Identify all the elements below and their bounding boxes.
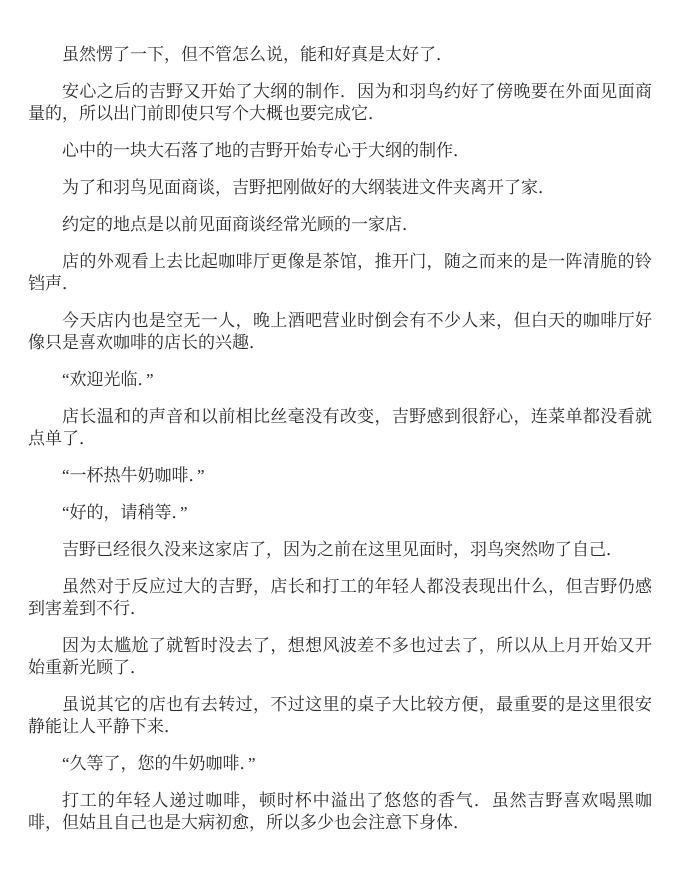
paragraph: 店长温和的声音和以前相比丝毫没有改变，吉野感到很舒心，连菜单都没看就点单了． [28,406,652,450]
paragraph: “久等了，您的牛奶咖啡．” [28,753,652,775]
paragraph: 今天店内也是空无一人，晚上酒吧营业时倒会有不少人来，但白天的咖啡厅好像只是喜欢咖… [28,310,652,354]
paragraph: 吉野已经很久没来这家店了，因为之前在这里见面时，羽鸟突然吻了自己． [28,539,652,561]
paragraph: 虽然愣了一下，但不管怎么说，能和好真是太好了． [28,44,652,66]
paragraph: “一杯热牛奶咖啡．” [28,465,652,487]
paragraph: 心中的一块大石落了地的吉野开始专心于大纲的制作． [28,140,652,162]
paragraph: “欢迎光临．” [28,369,652,391]
paragraph: 虽说其它的店也有去转过，不过这里的桌子大比较方便，最重要的是这里很安静能让人平静… [28,694,652,738]
paragraph: 虽然对于反应过大的吉野，店长和打工的年轻人都没表现出什么，但吉野仍感到害羞到不行… [28,576,652,620]
paragraph: “好的，请稍等．” [28,502,652,524]
document-body: 虽然愣了一下，但不管怎么说，能和好真是太好了．安心之后的吉野又开始了大纲的制作．… [28,44,652,834]
paragraph: 店的外观看上去比起咖啡厅更像是茶馆，推开门，随之而来的是一阵清脆的铃铛声． [28,251,652,295]
paragraph: 约定的地点是以前见面商谈经常光顾的一家店． [28,214,652,236]
paragraph: 为了和羽鸟见面商谈，吉野把刚做好的大纲装进文件夹离开了家． [28,177,652,199]
paragraph: 因为太尴尬了就暂时没去了，想想风波差不多也过去了，所以从上月开始又开始重新光顾了… [28,635,652,679]
paragraph: 安心之后的吉野又开始了大纲的制作．因为和羽鸟约好了傍晚要在外面见面商量的，所以出… [28,81,652,125]
document-page: 虽然愣了一下，但不管怎么说，能和好真是太好了．安心之后的吉野又开始了大纲的制作．… [0,0,680,880]
paragraph: 打工的年轻人递过咖啡，顿时杯中溢出了悠悠的香气．虽然吉野喜欢喝黑咖啡，但姑且自己… [28,790,652,834]
